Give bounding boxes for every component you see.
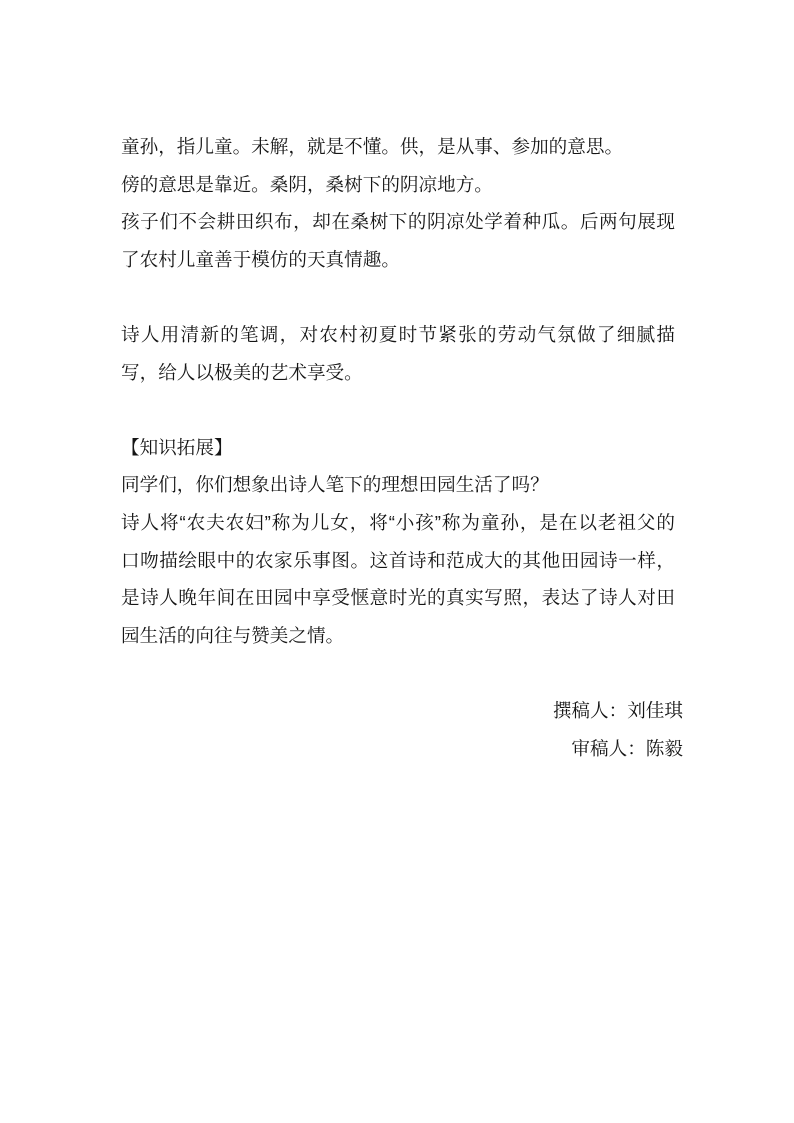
paragraph-line-expansion-1: 诗人将“农夫农妇”称为儿女，将“小孩”称为童孙，是在以老祖父的 [121,504,675,542]
reviewer-credit-line: 审稿人：陈毅 [121,730,683,768]
paragraph-line-expansion-4: 园生活的向往与赞美之情。 [121,617,675,655]
author-credit-line: 撰稿人：刘佳琪 [121,692,683,730]
paragraph-line-word-notes-2: 傍的意思是靠近。桑阴，桑树下的阴凉地方。 [121,166,675,204]
paragraph-line-question-to-students: 同学们，你们想象出诗人笔下的理想田园生活了吗？ [121,466,675,504]
paragraph-line-summary-1: 诗人用清新的笔调，对农村初夏时节紧张的劳动气氛做了细腻描 [121,316,675,354]
document-page: 童孙，指儿童。未解，就是不懂。供，是从事、参加的意思。 傍的意思是靠近。桑阴，桑… [0,0,794,1123]
paragraph-line-word-notes-1: 童孙，指儿童。未解，就是不懂。供，是从事、参加的意思。 [121,128,675,166]
paragraph-line-children-analysis-2: 了农村儿童善于模仿的天真情趣。 [121,241,675,279]
paragraph-line-children-analysis-1: 孩子们不会耕田织布，却在桑树下的阴凉处学着种瓜。后两句展现 [121,203,675,241]
paragraph-line-expansion-3: 是诗人晚年间在田园中享受惬意时光的真实写照，表达了诗人对田 [121,579,675,617]
section-heading-knowledge-expansion: 【知识拓展】 [121,429,675,467]
paragraph-line-summary-2: 写，给人以极美的艺术享受。 [121,354,675,392]
paragraph-line-expansion-2: 口吻描绘眼中的农家乐事图。这首诗和范成大的其他田园诗一样， [121,542,675,580]
